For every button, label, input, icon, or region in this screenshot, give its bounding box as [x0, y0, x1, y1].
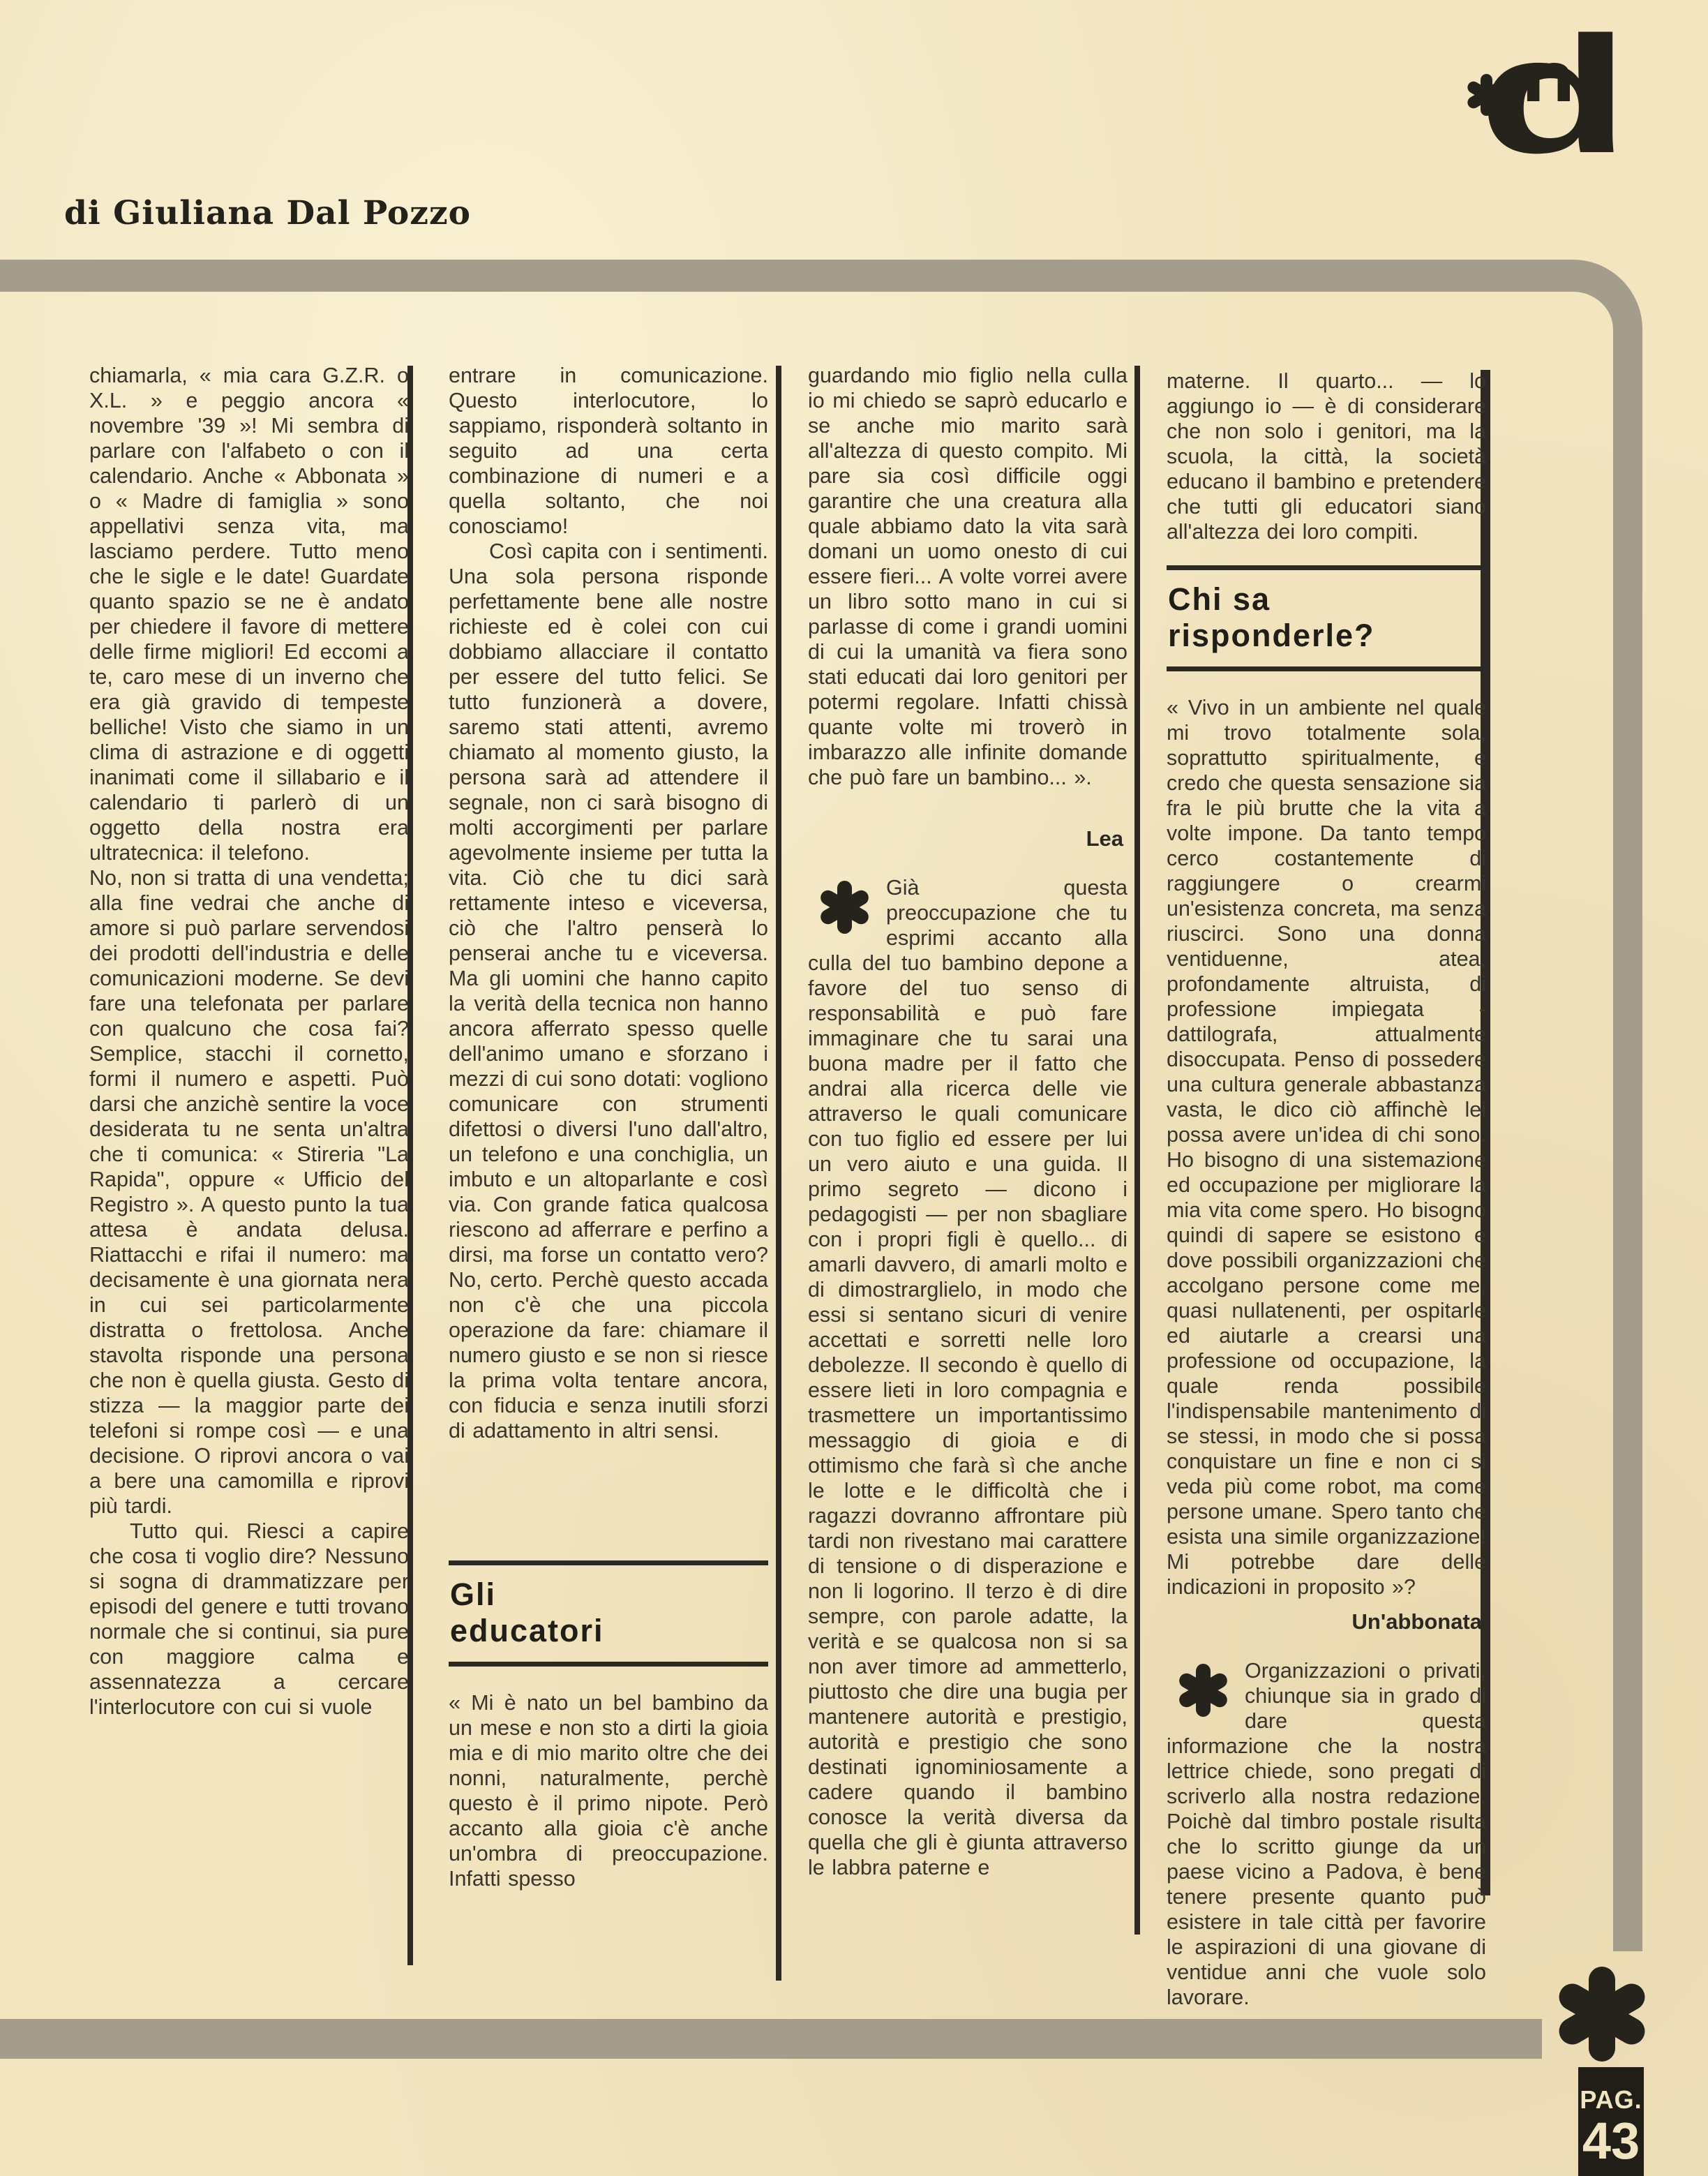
letter-signature: Un'abbonata	[1167, 1609, 1482, 1634]
paragraph: chiamarla, « mia cara G.Z.R. o X.L. » e …	[89, 363, 409, 865]
column-4: materne. Il quarto... — lo aggiungo io —…	[1167, 368, 1486, 2010]
byline: di Giuliana Dal Pozzo	[64, 194, 471, 232]
heading-rule	[449, 1662, 768, 1667]
reply-asterisk-icon	[808, 879, 881, 935]
heading-rule	[1167, 565, 1486, 570]
letter-signature: Lea	[808, 826, 1123, 851]
paragraph: No, non si tratta di una vendetta; alla …	[89, 865, 409, 1519]
footer-asterisk-icon	[1553, 1965, 1651, 2063]
heading-line: Chi sa	[1168, 581, 1486, 618]
letter-text: « Mi è nato un bel bambino da un mese e …	[449, 1690, 768, 1891]
column-2: entrare in comunicazione. Questo interlo…	[449, 363, 768, 1891]
letter-text: guardando mio figlio nella culla io mi c…	[808, 363, 1128, 790]
heading-rule	[1167, 666, 1486, 671]
page-label: PAG.	[1578, 2085, 1644, 2115]
bottom-band	[0, 2019, 1542, 2059]
reply-text: Già questa preoccupazione che tu esprimi…	[808, 876, 1128, 1879]
section-heading-chi-sa-risponderle: Chi sa risponderle?	[1167, 565, 1486, 671]
heading-line: educatori	[450, 1613, 768, 1649]
magazine-page: di Giuliana Dal Pozzo n d chiamarla, « m…	[0, 0, 1708, 2176]
page-number-box: PAG. 43	[1578, 2067, 1644, 2176]
paragraph: entrare in comunicazione. Questo interlo…	[449, 363, 768, 539]
column-rule	[776, 366, 781, 1981]
letter-text: « Vivo in un ambiente nel quale mi trovo…	[1167, 695, 1486, 1600]
column-1: chiamarla, « mia cara G.Z.R. o X.L. » e …	[89, 363, 409, 1720]
heading-line: Gli	[450, 1577, 768, 1613]
paragraph: Tutto qui. Riesci a capire che cosa ti v…	[89, 1519, 409, 1720]
editor-reply: Già questa preoccupazione che tu esprimi…	[808, 875, 1128, 1880]
page-number: 43	[1578, 2115, 1644, 2168]
editor-reply: materne. Il quarto... — lo aggiungo io —…	[1167, 368, 1486, 544]
logo-letter-d: d	[1478, 13, 1630, 179]
column-3: guardando mio figlio nella culla io mi c…	[808, 363, 1128, 1880]
paragraph: Così capita con i sentimenti. Una sola p…	[449, 539, 768, 1443]
editor-reply: Organizzazioni o privati, chiunque sia i…	[1167, 1658, 1486, 2010]
magazine-logo: n d	[1458, 28, 1661, 251]
reply-asterisk-icon	[1167, 1662, 1239, 1718]
section-heading-educatori: Gli educatori	[449, 1560, 768, 1667]
heading-rule	[449, 1560, 768, 1565]
column-rule	[1134, 366, 1140, 1935]
heading-line: risponderle?	[1168, 618, 1486, 654]
